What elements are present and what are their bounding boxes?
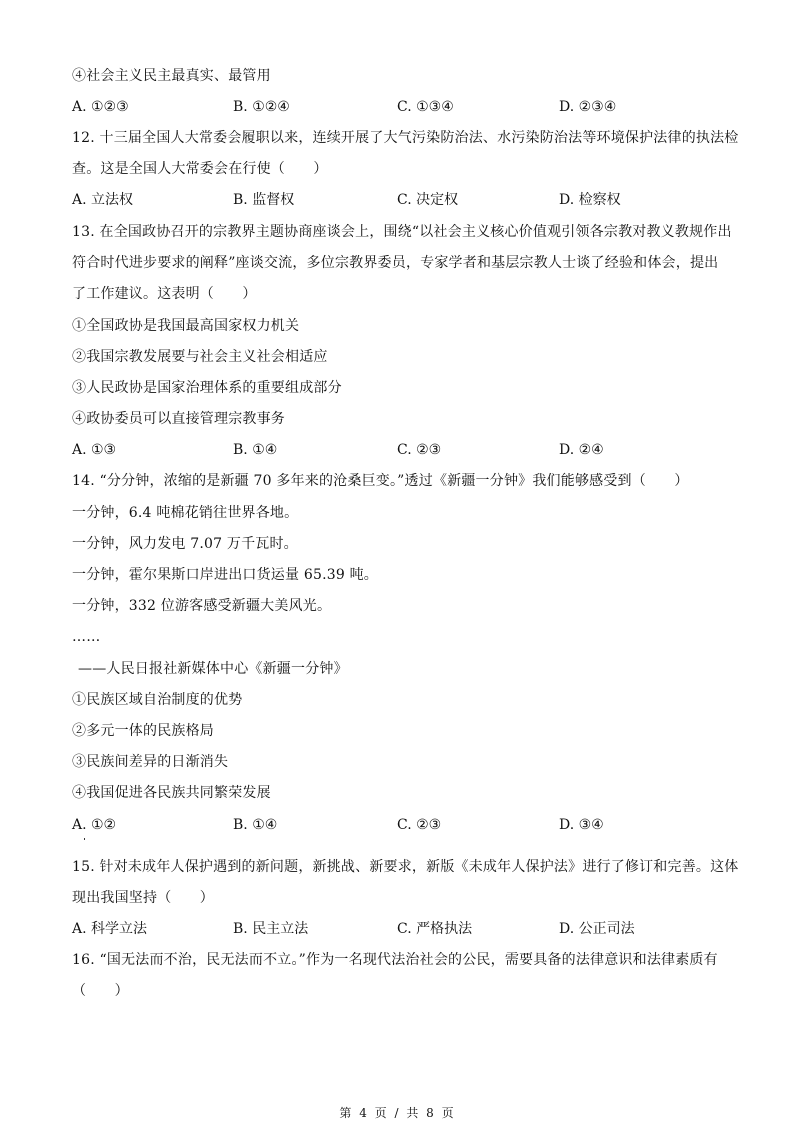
q14-statement-4: ④我国促进各民族共同繁荣发展 [72, 784, 271, 802]
q14-material-1: 一分钟，6.4 吨棉花销往世界各地。 [72, 504, 298, 522]
q14-statement-3: ③民族间差异的日渐消失 [72, 753, 228, 771]
q11-option-d[interactable]: D. ②③④ [559, 98, 616, 116]
q12-stem-line-1: 12. 十三届全国人大常委会履职以来，连续开展了大气污染防治法、水污染防治法等环… [72, 129, 739, 147]
q14-statement-1: ①民族区域自治制度的优势 [72, 691, 242, 709]
q14-material-ellipsis: …… [72, 628, 100, 646]
q13-options: A. ①③ B. ①④ C. ②③ D. ②④ [72, 441, 732, 459]
q15-option-a[interactable]: A. 科学立法 [72, 920, 147, 938]
q11-option-a[interactable]: A. ①②③ [72, 98, 129, 116]
q14-material-2: 一分钟，风力发电 7.07 万千瓦时。 [72, 535, 298, 553]
q11-statement-4: ④社会主义民主最真实、最管用 [72, 67, 271, 85]
q12-option-d[interactable]: D. 检察权 [559, 191, 621, 209]
q14-option-d[interactable]: D. ③④ [559, 816, 604, 834]
q13-stem-line-1: 13. 在全国政协召开的宗教界主题协商座谈会上，围绕“以社会主义核心价值观引领各… [72, 223, 732, 241]
q15-stem-line-1: 15. 针对未成年人保护遇到的新问题，新挑战、新要求，新版《未成年人保护法》进行… [72, 858, 739, 876]
q12-option-b[interactable]: B. 监督权 [233, 191, 294, 209]
q14-material-4: 一分钟，332 位游客感受新疆大美风光。 [72, 597, 331, 615]
q13-stem-line-3: 了工作建议。这表明（ ） [72, 285, 257, 303]
q13-option-b[interactable]: B. ①④ [233, 441, 277, 459]
q14-option-c[interactable]: C. ②③ [397, 816, 441, 834]
q15-stem-line-2: 现出我国坚持（ ） [72, 889, 214, 907]
q12-options: A. 立法权 B. 监督权 C. 决定权 D. 检察权 [72, 191, 732, 209]
q11-option-c[interactable]: C. ①③④ [397, 98, 454, 116]
q15-options: A. 科学立法 B. 民主立法 C. 严格执法 D. 公正司法 [72, 920, 732, 938]
q14-source: ——人民日报社新媒体中心《新疆一分钟》 [78, 660, 348, 678]
q12-option-c[interactable]: C. 决定权 [397, 191, 458, 209]
q12-option-a[interactable]: A. 立法权 [72, 191, 133, 209]
q13-option-a[interactable]: A. ①③ [72, 441, 116, 459]
q14-statement-2: ②多元一体的民族格局 [72, 722, 214, 740]
q15-option-d[interactable]: D. 公正司法 [559, 920, 635, 938]
q13-stem-line-2: 符合时代进步要求的阐释”座谈交流，多位宗教界委员，专家学者和基层宗教人士谈了经验… [72, 254, 718, 272]
q14-material-3: 一分钟，霍尔果斯口岸进出口货运量 65.39 吨。 [72, 566, 378, 584]
q14-stem: 14. “分分钟，浓缩的是新疆 70 多年来的沧桑巨变。”透过《新疆一分钟》我们… [72, 472, 689, 490]
q15-option-b[interactable]: B. 民主立法 [233, 920, 308, 938]
q13-statement-1: ①全国政协是我国最高国家权力机关 [72, 317, 299, 335]
q12-stem-line-2: 查。这是全国人大常委会在行使（ ） [72, 160, 328, 178]
q11-option-b[interactable]: B. ①②④ [233, 98, 290, 116]
stray-mark [84, 838, 85, 840]
q16-stem-line-1: 16. “国无法而不治，民无法而不立。”作为一名现代法治社会的公民，需要具备的法… [72, 951, 718, 969]
q13-statement-3: ③人民政协是国家治理体系的重要组成部分 [72, 379, 342, 397]
page-footer: 第 4 页 / 共 8 页 [0, 1104, 793, 1121]
q13-statement-4: ④政协委员可以直接管理宗教事务 [72, 410, 285, 428]
q16-stem-line-2: （ ） [72, 982, 129, 1000]
q13-option-d[interactable]: D. ②④ [559, 441, 604, 459]
q14-option-b[interactable]: B. ①④ [233, 816, 277, 834]
q11-options: A. ①②③ B. ①②④ C. ①③④ D. ②③④ [72, 98, 732, 116]
q14-option-a[interactable]: A. ①② [72, 816, 116, 834]
q13-statement-2: ②我国宗教发展要与社会主义社会相适应 [72, 348, 328, 366]
q13-option-c[interactable]: C. ②③ [397, 441, 441, 459]
q14-options: A. ①② B. ①④ C. ②③ D. ③④ [72, 816, 732, 834]
q15-option-c[interactable]: C. 严格执法 [397, 920, 472, 938]
